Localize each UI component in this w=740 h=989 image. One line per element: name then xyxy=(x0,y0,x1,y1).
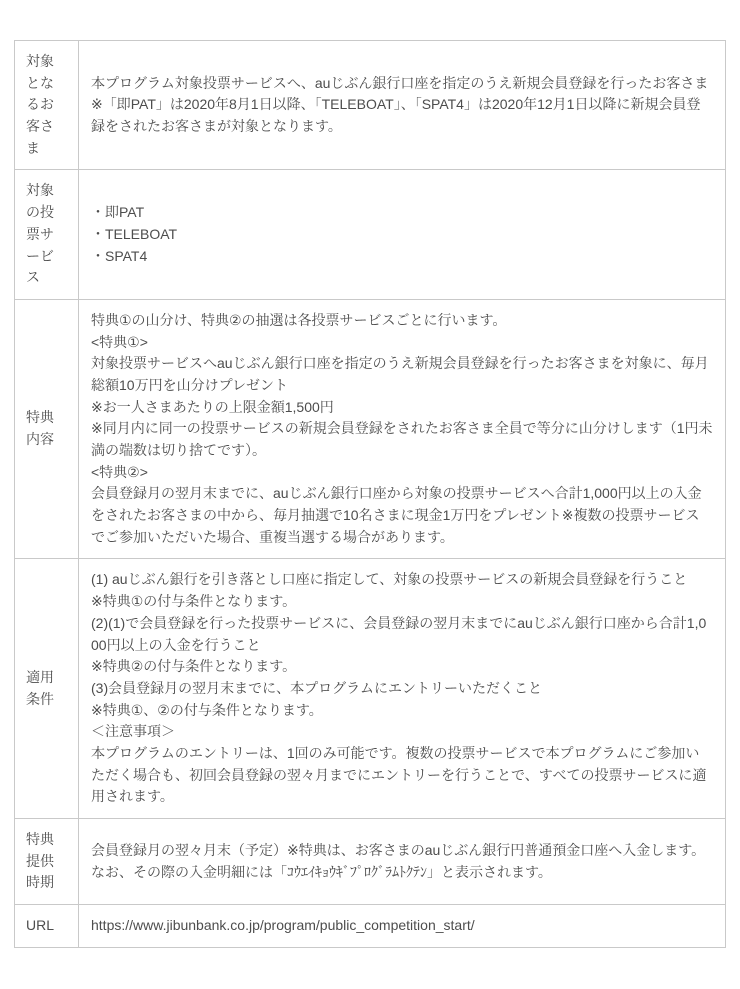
row-content-target-customers: 本プログラム対象投票サービスへ、auじぶん銀行口座を指定のうえ新規会員登録を行っ… xyxy=(79,41,726,170)
program-details-table-body: 対象となるお客さま 本プログラム対象投票サービスへ、auじぶん銀行口座を指定のう… xyxy=(15,41,726,948)
table-row-voting-services: 対象の投票サービス ・即PAT ・TELEBOAT ・SPAT4 xyxy=(15,170,726,299)
row-header-benefit-timing: 特典提供時期 xyxy=(15,819,79,905)
table-row-target-customers: 対象となるお客さま 本プログラム対象投票サービスへ、auじぶん銀行口座を指定のう… xyxy=(15,41,726,170)
row-header-target-customers: 対象となるお客さま xyxy=(15,41,79,170)
program-details-table: 対象となるお客さま 本プログラム対象投票サービスへ、auじぶん銀行口座を指定のう… xyxy=(14,40,726,948)
row-content-conditions: (1) auじぶん銀行を引き落とし口座に指定して、対象の投票サービスの新規会員登… xyxy=(79,559,726,819)
table-row-conditions: 適用条件 (1) auじぶん銀行を引き落とし口座に指定して、対象の投票サービスの… xyxy=(15,559,726,819)
row-content-benefit-details: 特典①の山分け、特典②の抽選は各投票サービスごとに行います。 <特典①> 対象投… xyxy=(79,299,726,559)
row-header-benefit-details: 特典内容 xyxy=(15,299,79,559)
row-header-conditions: 適用条件 xyxy=(15,559,79,819)
row-content-voting-services: ・即PAT ・TELEBOAT ・SPAT4 xyxy=(79,170,726,299)
table-row-benefit-details: 特典内容 特典①の山分け、特典②の抽選は各投票サービスごとに行います。 <特典①… xyxy=(15,299,726,559)
row-content-url: https://www.jibunbank.co.jp/program/publ… xyxy=(79,905,726,948)
row-content-benefit-timing: 会員登録月の翌々月末（予定）※特典は、お客さまのauじぶん銀行円普通預金口座へ入… xyxy=(79,819,726,905)
row-header-url: URL xyxy=(15,905,79,948)
table-row-benefit-timing: 特典提供時期 会員登録月の翌々月末（予定）※特典は、お客さまのauじぶん銀行円普… xyxy=(15,819,726,905)
table-row-url: URL https://www.jibunbank.co.jp/program/… xyxy=(15,905,726,948)
row-header-voting-services: 対象の投票サービス xyxy=(15,170,79,299)
page-container: 対象となるお客さま 本プログラム対象投票サービスへ、auじぶん銀行口座を指定のう… xyxy=(0,0,740,989)
